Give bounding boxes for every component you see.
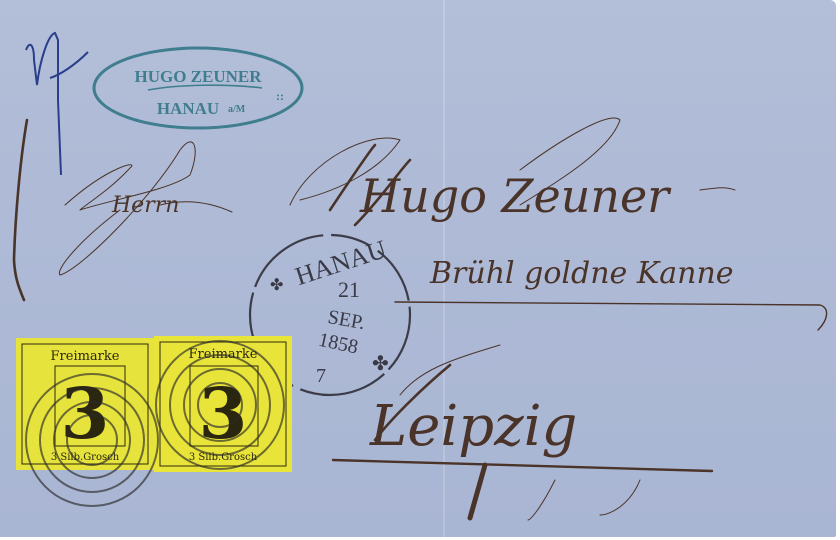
- sender-cachet: HUGO ZEUNER HANAU a/M ::: [94, 48, 302, 128]
- svg-text:✤: ✤: [372, 353, 389, 375]
- street-text: Brühl goldne Kanne: [429, 256, 734, 291]
- addressee-name: Hugo Zeuner: [359, 169, 672, 223]
- margin-stroke: [14, 120, 27, 300]
- salutation-text: Herrn: [111, 193, 179, 218]
- stamp-pair: Freimarke 3 3 Silb.Grosch Freimarke 3 3 …: [16, 336, 292, 506]
- stamp-1-header: Freimarke: [51, 349, 120, 364]
- postmark-year: 1858: [316, 329, 360, 359]
- addressee-script: Hugo Zeuner: [290, 118, 735, 225]
- city-script: Leipzig: [333, 345, 712, 520]
- city-text: Leipzig: [369, 394, 577, 459]
- svg-text:::: ::: [276, 89, 284, 103]
- manuscript-mark: [26, 33, 88, 175]
- cover-artwork: HUGO ZEUNER HANAU a/M :: Herrn Hugo Zeun…: [0, 0, 840, 540]
- street-script: Brühl goldne Kanne: [395, 256, 827, 330]
- postmark-month: SEP.: [326, 306, 367, 334]
- cachet-line2: HANAU: [157, 99, 219, 118]
- cachet-line1: HUGO ZEUNER: [134, 67, 262, 86]
- postmark-day: 21: [338, 277, 360, 302]
- cachet-suffix: a/M: [228, 104, 246, 115]
- salutation-script: Herrn: [59, 142, 232, 275]
- postal-cover-photo: HUGO ZEUNER HANAU a/M :: Herrn Hugo Zeun…: [0, 0, 840, 540]
- stamp-2-footer: 3 Silb.Grosch: [189, 452, 258, 463]
- postmark-hour: 7: [316, 365, 326, 387]
- svg-text:✤: ✤: [270, 277, 283, 294]
